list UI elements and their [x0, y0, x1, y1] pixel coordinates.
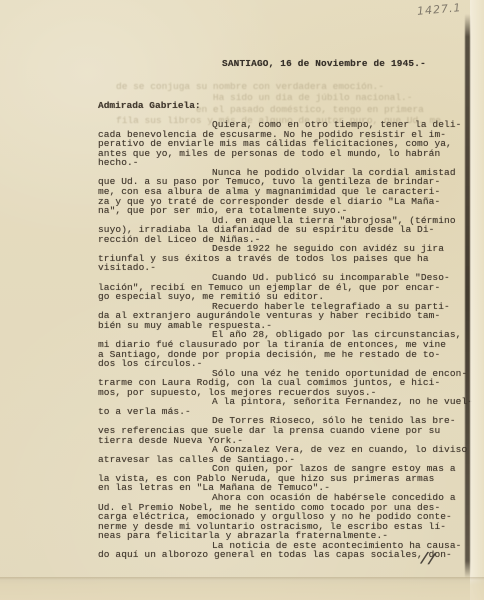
page-bottom-edge [0, 577, 484, 600]
end-of-page-mark: // [421, 548, 438, 567]
dateline: SANTIAGO, 16 de Noviembre de 1945.- [222, 58, 426, 69]
salutation: Admirada Gabriela: [98, 100, 201, 111]
page-right-edge-shadow [465, 14, 470, 578]
letter-line: antes que yo, miles de personas de todo … [98, 149, 462, 159]
letter-body: Quiera, como en otro tiempo, tener la de… [98, 120, 462, 560]
letter-line: do aquí un alborozo general en todas las… [98, 550, 462, 560]
bleedthrough-line: de se conjuga su nombre con verdadera em… [116, 81, 471, 92]
letter-page: de se conjuga su nombre con verdadera em… [0, 0, 484, 600]
scan-backing [470, 0, 484, 600]
archival-number-annotation: 1427.1 [417, 1, 462, 18]
